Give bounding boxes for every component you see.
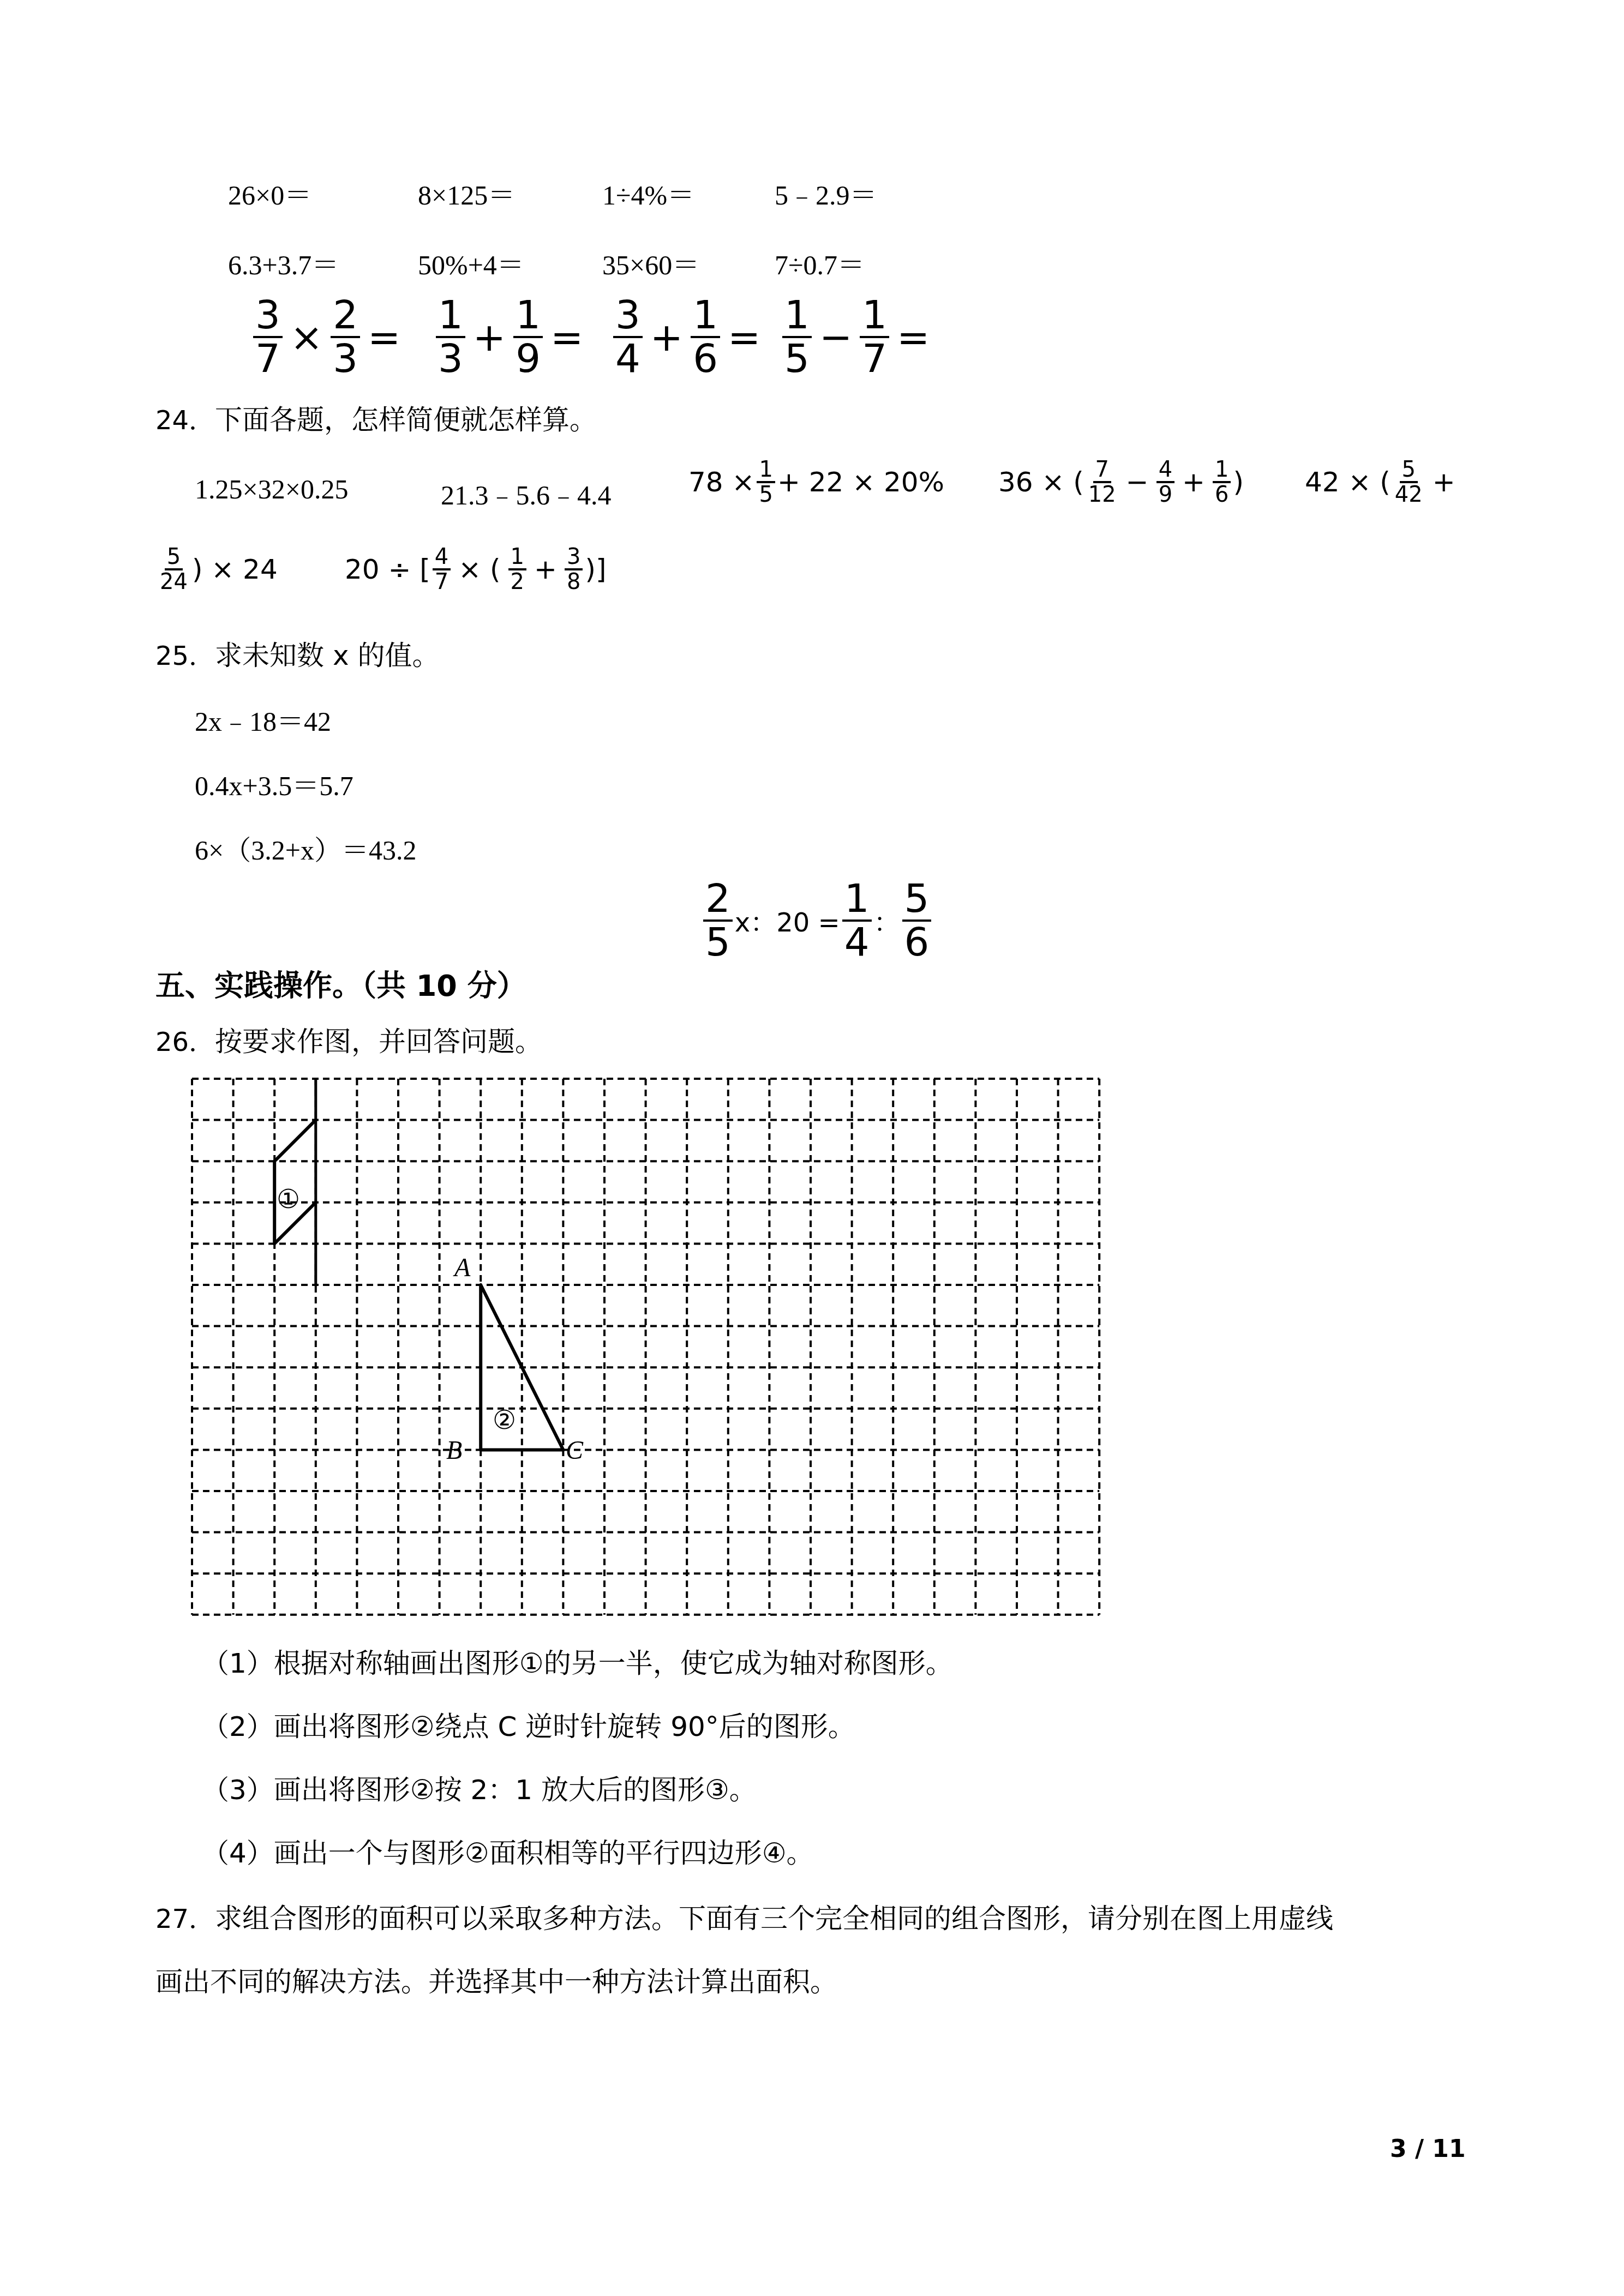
shape-2-label: ②: [493, 1406, 516, 1435]
expression-6: 20 ÷ [ 47 × ( 12 + 38 )]: [345, 545, 606, 593]
point-b-label: B: [446, 1436, 462, 1465]
fraction-calc-4: 15 − 17 =: [780, 294, 935, 379]
calc-item: 50%+4＝: [418, 243, 524, 283]
shape-1-half: [274, 1120, 316, 1244]
calc-item: 8×125＝: [418, 173, 515, 213]
question-24-title: 24．下面各题，怎样简便就怎样算。: [155, 398, 597, 437]
expression-2: 21.3﹣5.6﹣4.4: [441, 473, 612, 513]
task-2: （2）画出将图形②绕点 C 逆时针旋转 90°后的图形。: [202, 1705, 855, 1744]
fraction-calc-3: 34 + 16 =: [611, 294, 766, 379]
shape-1-label: ①: [277, 1185, 300, 1214]
question-26-title: 26．按要求作图，并回答问题。: [155, 1020, 542, 1059]
expression-1: 1.25×32×0.25: [195, 473, 348, 505]
expression-4: 36 × ( 712 − 49 + 16 ): [998, 458, 1244, 506]
calc-item: 26×0＝: [228, 173, 311, 213]
task-3: （3）画出将图形②按 2：1 放大后的图形③。: [202, 1768, 757, 1807]
fraction-calc-1: 37 × 23 =: [251, 294, 406, 379]
calc-item: 1÷4%＝: [602, 173, 694, 213]
fraction-calc-2: 13 + 19 =: [434, 294, 589, 379]
question-27-line-2: 画出不同的解决方法。并选择其中一种方法计算出面积。: [155, 1960, 837, 1999]
calc-item: 7÷0.7＝: [775, 243, 865, 283]
page-number: 3 / 11: [1390, 2135, 1466, 2163]
equation-3: 6×（3.2+x）＝43.2: [195, 828, 416, 868]
expression-5-end: 524 ) × 24: [155, 545, 278, 593]
point-c-label: C: [566, 1436, 584, 1465]
section-title: 五、实践操作。（共 10 分）: [155, 963, 526, 1005]
drawing-grid[interactable]: ① ② A B C: [188, 1074, 1105, 1620]
expression-5-start: 42 × ( 542 +: [1305, 458, 1461, 506]
calc-item: 5﹣2.9＝: [775, 173, 877, 213]
point-a-label: A: [453, 1253, 471, 1282]
equation-4: 25 x：20 = 14 ： 56: [701, 878, 933, 963]
task-4: （4）画出一个与图形②面积相等的平行四边形④。: [202, 1831, 813, 1871]
task-1: （1）根据对称轴画出图形①的另一半，使它成为轴对称图形。: [202, 1642, 953, 1681]
calc-item: 35×60＝: [602, 243, 699, 283]
equation-1: 2x﹣18＝42: [195, 700, 331, 739]
expression-3: 78 × 15 + 22 × 20%: [688, 458, 944, 506]
question-25-title: 25．求未知数 x 的值。: [155, 634, 439, 673]
question-27-line-1: 27．求组合图形的面积可以采取多种方法。下面有三个完全相同的组合图形，请分别在图…: [155, 1897, 1333, 1936]
equation-2: 0.4x+3.5＝5.7: [195, 764, 353, 803]
calc-item: 6.3+3.7＝: [228, 243, 339, 283]
grid-lines: [192, 1079, 1099, 1615]
